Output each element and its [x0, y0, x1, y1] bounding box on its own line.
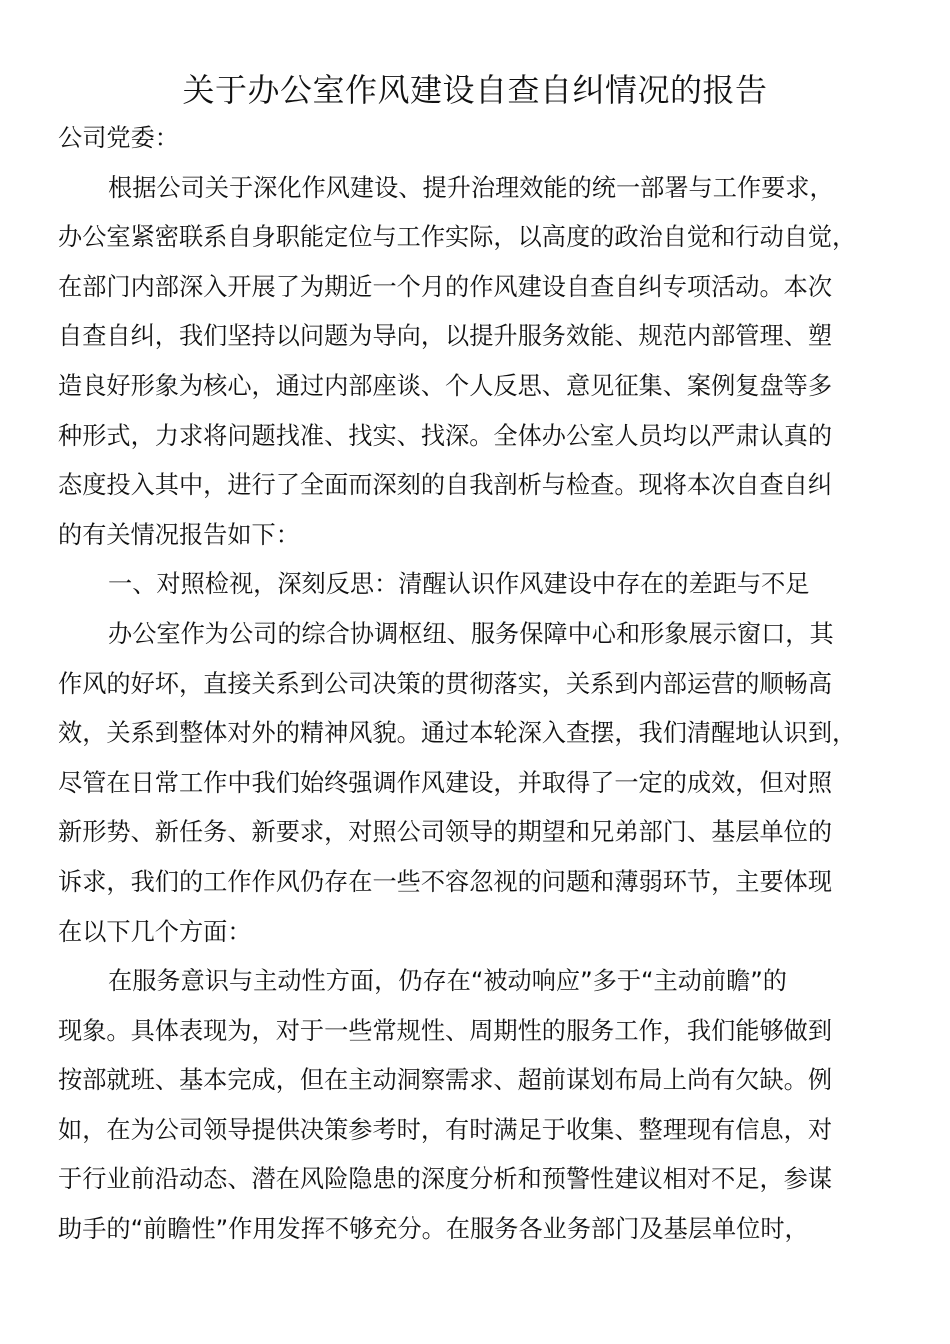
- paragraph-line: 在服务意识与主动性方面，仍存在“被动响应”多于“主动前瞻”的: [58, 957, 888, 1007]
- paragraph-line: 办公室紧密联系自身职能定位与工作实际，以高度的政治自觉和行动自觉，: [58, 213, 888, 263]
- paragraph-line: 诉求，我们的工作作风仍存在一些不容忽视的问题和薄弱环节，主要体现: [58, 858, 888, 908]
- paragraph-line: 自查自纠，我们坚持以问题为导向，以提升服务效能、规范内部管理、塑: [58, 312, 888, 362]
- paragraph-line: 种形式，力求将问题找准、找实、找深。全体办公室人员均以严肃认真的: [58, 412, 888, 462]
- paragraph-line: 造良好形象为核心，通过内部座谈、个人反思、意见征集、案例复盘等多: [58, 362, 888, 412]
- paragraph-line: 在以下几个方面：: [58, 908, 888, 958]
- document-title: 关于办公室作风建设自查自纠情况的报告: [0, 66, 950, 114]
- document-page: 关于办公室作风建设自查自纠情况的报告 公司党委： 根据公司关于深化作风建设、提升…: [0, 0, 950, 1344]
- paragraph-line: 助手的“前瞻性”作用发挥不够充分。在服务各业务部门及基层单位时，: [58, 1205, 888, 1255]
- section-heading: 一、对照检视，深刻反思：清醒认识作风建设中存在的差距与不足: [58, 560, 888, 610]
- document-body: 公司党委： 根据公司关于深化作风建设、提升治理效能的统一部署与工作要求， 办公室…: [58, 114, 888, 1255]
- paragraph-line: 作风的好坏，直接关系到公司决策的贯彻落实，关系到内部运营的顺畅高: [58, 660, 888, 710]
- paragraph-line: 在部门内部深入开展了为期近一个月的作风建设自查自纠专项活动。本次: [58, 263, 888, 313]
- paragraph-line: 尽管在日常工作中我们始终强调作风建设，并取得了一定的成效，但对照: [58, 759, 888, 809]
- paragraph-line: 于行业前沿动态、潜在风险隐患的深度分析和预警性建议相对不足，参谋: [58, 1155, 888, 1205]
- paragraph-line: 按部就班、基本完成，但在主动洞察需求、超前谋划布局上尚有欠缺。例: [58, 1056, 888, 1106]
- salutation: 公司党委：: [58, 114, 888, 164]
- paragraph-line: 现象。具体表现为，对于一些常规性、周期性的服务工作，我们能够做到: [58, 1007, 888, 1057]
- paragraph-line: 根据公司关于深化作风建设、提升治理效能的统一部署与工作要求，: [58, 164, 888, 214]
- paragraph-line: 新形势、新任务、新要求，对照公司领导的期望和兄弟部门、基层单位的: [58, 808, 888, 858]
- paragraph-line: 效，关系到整体对外的精神风貌。通过本轮深入查摆，我们清醒地认识到，: [58, 709, 888, 759]
- paragraph-line: 态度投入其中，进行了全面而深刻的自我剖析与检查。现将本次自查自纠: [58, 461, 888, 511]
- paragraph-line: 办公室作为公司的综合协调枢纽、服务保障中心和形象展示窗口，其: [58, 610, 888, 660]
- paragraph-line: 的有关情况报告如下：: [58, 511, 888, 561]
- paragraph-line: 如，在为公司领导提供决策参考时，有时满足于收集、整理现有信息，对: [58, 1106, 888, 1156]
